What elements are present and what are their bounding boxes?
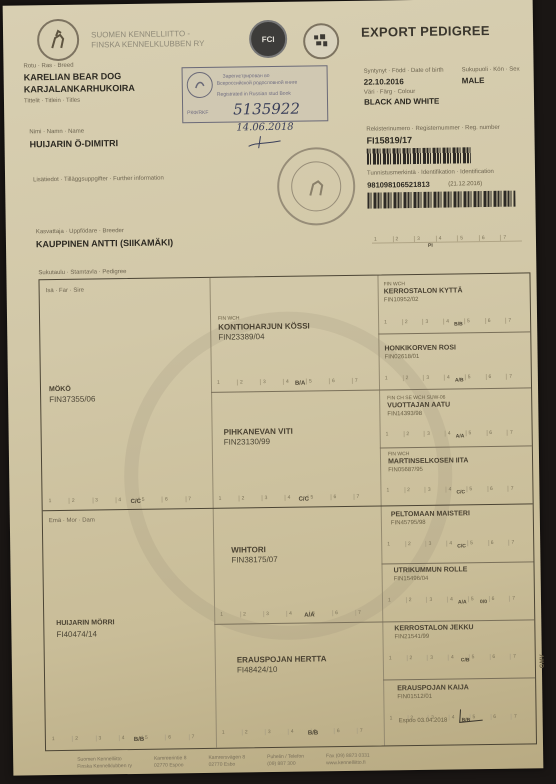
colour-label: Väri · Färg · Colour (364, 89, 415, 96)
dog-name: HUIJARIN Ö-DIMITRI (30, 138, 119, 149)
ggp3-reg: FIN14393/98 (387, 411, 422, 417)
dam-label: Emä · Mor · Dam (49, 518, 95, 525)
dam-reg: FI40474/14 (56, 629, 97, 639)
scale-4: 4 (437, 235, 459, 241)
footer-col-2: Kamreerintie 802770 Espoo (154, 755, 187, 769)
birth-value: 22.10.2016 (364, 77, 404, 87)
further-info-label: Lisätiedot · Tilläggsuppgifter · Further… (33, 176, 164, 184)
signature (244, 134, 284, 151)
side-code: GMV (540, 654, 546, 668)
registration-label: Rekisterinumero · Registernummer · Reg. … (366, 125, 499, 133)
health-scale-mark: PI (428, 243, 433, 249)
ggp1-name: KERROSTALON KYTTÄ (384, 287, 463, 295)
ggp7-hips: C/B (461, 657, 470, 663)
footer: Suomen KennelliittoFinska Kennelklubben … (77, 753, 370, 771)
export-pedigree-document: SUOMEN KENNELLIITTO - FINSKA KENNELKLUBB… (3, 0, 544, 776)
scale-6: 6 (480, 235, 502, 241)
stamp-prefix-label: РКФ/RKF (187, 110, 208, 116)
kennel-club-emblem-icon (37, 19, 80, 62)
ggp7-reg: FIN21541/99 (394, 634, 429, 640)
kennel-club-seal-stamp (277, 147, 356, 226)
identification-date: (21.12.2016) (448, 181, 482, 187)
health-scale: 1 2 3 4 5 6 7 (372, 235, 522, 244)
ggp2-reg: FIN02618/01 (385, 354, 420, 360)
gp2-reg: FIN23130/99 (224, 437, 270, 447)
stamp-registration-number: 5135922 (233, 100, 300, 119)
ggp5-reg: FIN45795/98 (391, 520, 426, 526)
stamp-line-1: Зарегистрирован во (223, 73, 270, 80)
ggp6-extra: 0/0 (480, 599, 487, 605)
breed-value-fi: KARJALANKARHUKOIRA (24, 83, 135, 95)
scale-7: 7 (501, 235, 522, 241)
footer-col-1: Suomen KennelliittoFinska Kennelklubben … (77, 756, 132, 771)
issuer-signature (456, 707, 486, 725)
scale-5: 5 (458, 235, 480, 241)
breeder-label: Kasvattaja · Uppfödare · Breeder (36, 228, 124, 235)
birth-label: Syntynyt · Född · Date of birth (364, 68, 444, 75)
pedigree-label: Sukutaulu · Stamtavla · Pedigree (38, 269, 126, 276)
gp3-hips: A/A (304, 612, 314, 618)
ggp3-title: FIN CH SE WCH SUW-06 (387, 395, 445, 402)
ggp1-hips: B/B (454, 321, 463, 327)
gp3-name: WIHTORI (231, 545, 266, 554)
ggp4-title: FIN WCH (388, 451, 409, 457)
scale-1: 1 (372, 236, 394, 242)
footer-col-4: Puhelin / Telefon(09) 887 300 (267, 754, 304, 769)
gp1-reg: FIN23389/04 (218, 332, 264, 342)
partner-logo-icon (303, 23, 339, 59)
gp1-hips: B/A (295, 381, 305, 387)
breeder-value: KAUPPINEN ANTTI (SIIKAMÄKI) (36, 237, 173, 249)
identification-value: 981098106521813 (367, 180, 430, 190)
identification-label: Tunnistusmerkintä · Identifikation · Ide… (367, 169, 494, 177)
dam-scores: 1234567 (50, 734, 212, 742)
document-title: EXPORT PEDIGREE (361, 23, 490, 40)
issued-place-date: Espoo 03.04.2018 (399, 718, 448, 725)
gp2-name: PIHKANEVAN VITI (224, 427, 293, 437)
gp1-title: FIN WCH (218, 315, 239, 321)
ggp3-hips: A/A (456, 433, 465, 439)
stamp-date: 14.06.2018 (236, 122, 293, 134)
gp2-scores: 1234567 (217, 494, 377, 502)
fci-logo-text: FCI (262, 34, 275, 43)
colour-value: BLACK AND WHITE (364, 97, 439, 107)
sire-name: MÖKÖ (49, 386, 71, 393)
breed-label: Rotu · Ras · Breed (23, 63, 73, 70)
ggp2-name: HONKIKORVEN ROSI (384, 344, 456, 352)
ggp7-name: KERROSTALON JEKKU (394, 624, 473, 632)
sex-value: MALE (462, 76, 485, 85)
dam-hips: B/B (134, 737, 144, 743)
ggp1-title: FIN WCH (384, 281, 405, 287)
identification-barcode (367, 191, 515, 209)
registration-barcode (367, 147, 471, 164)
sire-reg: FIN37355/06 (49, 394, 95, 404)
ggp7-scores: 1234567 (387, 653, 531, 661)
rkf-stamp-icon (187, 72, 213, 98)
sex-label: Sukupuoli · Kön · Sex (462, 67, 520, 74)
gp4-name: ERAUSPOJAN HERTTA (237, 654, 327, 664)
kennel-club-name-sv: FINSKA KENNELKLUBBEN RY (91, 39, 204, 51)
ggp3-name: VUOTTAJAN AATU (387, 402, 450, 410)
gp4-hips: B/B (308, 730, 318, 736)
footer-col-5: Fax (09) 8873 0331www.kennelliitto.fi (326, 753, 370, 768)
name-label: Nimi · Namn · Name (29, 129, 84, 136)
registration-value: FI15819/17 (367, 135, 413, 146)
ggp8-name: ERAUSPOJAN KAIJA (397, 684, 469, 692)
ggp4-hips: C/C (456, 489, 465, 495)
scale-2: 2 (393, 236, 415, 242)
ggp4-reg: FIN05687/95 (388, 467, 423, 473)
gp4-reg: FI48424/10 (237, 665, 278, 675)
stamp-line-3: Registrated in Russian stud Book (217, 91, 291, 98)
ggp6-hips: A/A (458, 599, 467, 605)
ggp4-name: MARTINSELKOSEN IITA (388, 457, 468, 465)
titles-label: Tittelit · Titlein · Titles (24, 98, 80, 105)
scale-3: 3 (415, 236, 437, 242)
pedigree-table: Isä · Far · Sire Emä · Mor · Dam MÖKÖ FI… (38, 272, 537, 751)
sire-scores: 1234567 (47, 496, 209, 504)
sire-label: Isä · Far · Sire (46, 288, 84, 295)
ggp5-name: PELTOMAAN MAISTERI (391, 510, 470, 518)
gp4-scores: 1234567 (220, 728, 380, 736)
russian-registration-stamp: Зарегистрирован во Всероссийской родосло… (182, 65, 329, 123)
footer-col-3: Kamrersvägen 802770 Esbo (208, 754, 245, 769)
gp3-scores: 1234567 (218, 610, 378, 618)
gp1-name: KONTIOHARJUN KÖSSI (218, 321, 310, 331)
sire-hips: C/C (131, 499, 141, 505)
ggp6-reg: FIN15496/04 (394, 576, 429, 582)
ggp5-hips: C/C (457, 543, 466, 549)
gp2-hips: C/C (299, 497, 309, 503)
ggp1-reg: FIN10952/02 (384, 297, 419, 303)
ggp8-reg: FIN01512/01 (397, 694, 432, 700)
fci-logo-icon: FCI (249, 20, 288, 59)
stamp-line-2: Всероссийской родословной книге (217, 80, 298, 87)
ggp6-name: UTRIKUMMUN ROLLE (394, 566, 468, 574)
dam-name: HUIJARIN MÖRRI (56, 619, 114, 627)
gp3-reg: FIN38175/07 (231, 555, 277, 565)
breed-value-en: KARELIAN BEAR DOG (24, 71, 122, 82)
ggp2-hips: A/B (455, 377, 464, 383)
